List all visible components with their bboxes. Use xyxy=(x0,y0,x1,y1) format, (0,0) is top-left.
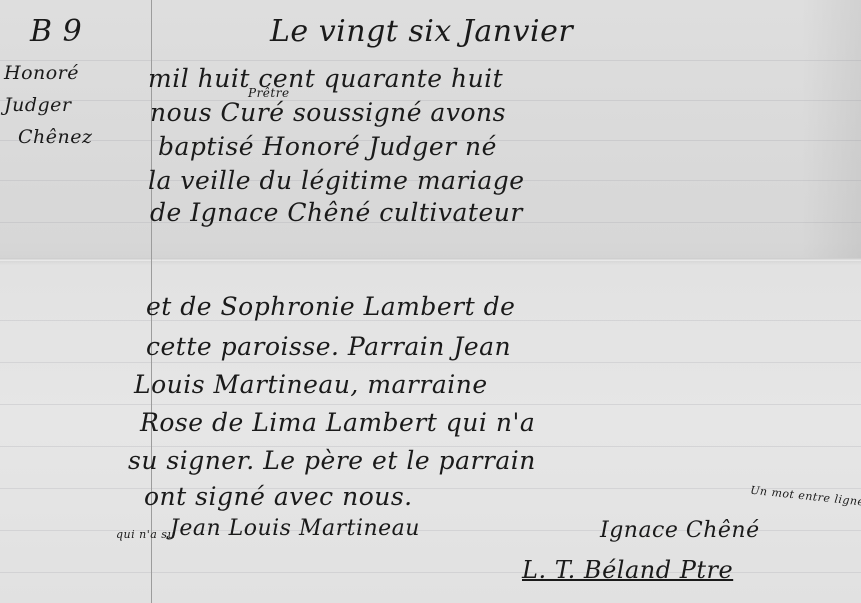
body-line-11: su signer. Le père et le parrain xyxy=(128,446,536,475)
body-line-7: et de Sophronie Lambert de xyxy=(146,292,515,321)
ruled-line xyxy=(0,362,861,363)
body-line-6: de Ignace Chêné cultivateur xyxy=(150,198,523,227)
ruled-line xyxy=(0,60,861,61)
margin-middle-name: Judger xyxy=(4,94,72,116)
page-shadow xyxy=(801,0,861,258)
body-line-9: Louis Martineau, marraine xyxy=(134,370,488,399)
ruled-line xyxy=(0,488,861,489)
register-page: B 9 Honoré Judger Chênez Le vingt six Ja… xyxy=(0,0,861,603)
body-line-1: Le vingt six Janvier xyxy=(270,14,573,49)
scan-seam xyxy=(0,258,861,261)
body-line-3: nous Curé soussigné avons xyxy=(150,98,506,127)
margin-surname: Chênez xyxy=(18,126,93,148)
body-line-8: cette paroisse. Parrain Jean xyxy=(146,332,511,361)
signature-father: Ignace Chêné xyxy=(600,518,760,543)
entry-number: B 9 xyxy=(30,14,82,49)
signature-priest: L. T. Béland Ptre xyxy=(522,556,733,584)
body-line-10: Rose de Lima Lambert qui n'a xyxy=(140,408,535,437)
body-line-4: baptisé Honoré Judger né xyxy=(158,132,497,161)
margin-given-name: Honoré xyxy=(4,62,79,84)
signature-godfather: Jean Louis Martineau xyxy=(170,516,420,541)
ruled-line xyxy=(0,404,861,405)
body-line-12: ont signé avec nous. xyxy=(144,482,413,511)
annotation-left: qui n'a su xyxy=(116,528,175,541)
body-line-5: la veille du légitime mariage xyxy=(148,166,525,195)
body-line-2: mil huit cent quarante huit xyxy=(148,64,503,93)
